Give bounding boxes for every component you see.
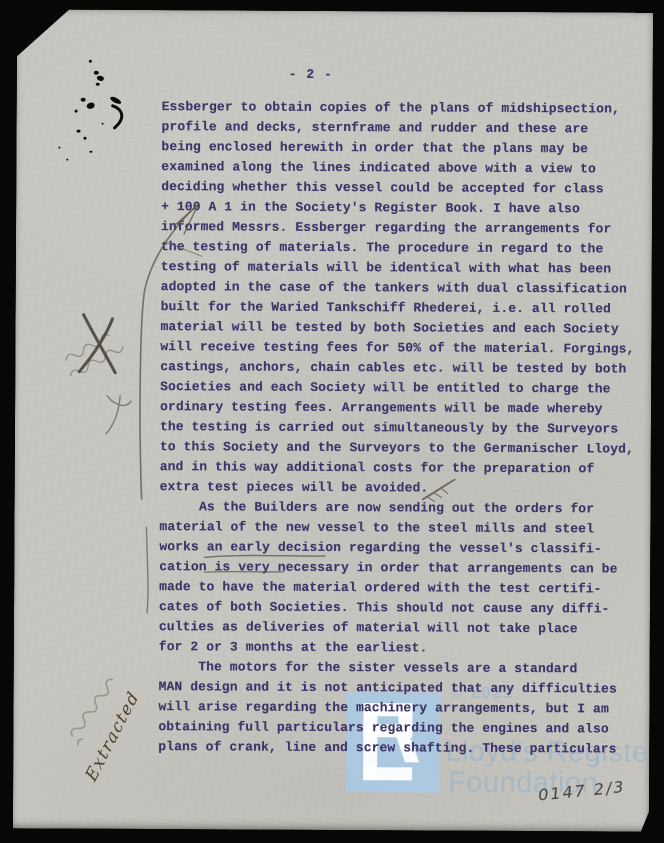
typed-line: material of the new vessel to the steel … [159,517,645,540]
page-number: - 2 - [289,67,333,82]
typed-line: testing of materials will be identical w… [161,257,647,280]
typed-line: Essberger to obtain copies of the plans … [162,97,648,120]
typed-line: deciding whether this vessel could be ac… [161,177,647,200]
typed-line: material will be tested by both Societie… [160,317,646,340]
margin-ink-note: Extracted [82,646,165,785]
ink-speck-cluster [17,9,653,12]
typed-line: adopted in the case of the tankers with … [161,277,647,300]
typed-line: extra test pieces will be avoided. [160,477,646,500]
typed-line: MAN design and it is not anticipated tha… [159,677,645,700]
typed-line: the testing is carried out simultaneousl… [160,417,646,440]
typed-line: will arise regarding the machinery arran… [158,697,644,720]
typed-line: The motors for the sister vessels are a … [159,657,645,680]
typed-line: ordinary testing fees. Arrangements will… [160,397,646,420]
typed-line: to this Society and the Surveyors to the… [160,437,646,460]
typed-line: culties as deliveries of material will n… [159,617,645,640]
crossed-out-note [61,315,132,434]
typed-line: examined along the lines indicated above… [161,157,647,180]
typed-line: plans of crank, line and screw shafting.… [158,737,644,760]
typed-line: and in this way additional costs for the… [160,457,646,480]
typed-line: will receive testing fees for 50% of the… [160,337,646,360]
typed-line: castings, anchors, chain cables etc. wil… [160,357,646,380]
letter-body: Essberger to obtain copies of the plans … [158,97,647,760]
document-paper: © 2021 Lloyd's Register Foundation - 2 -… [13,9,653,831]
typed-line: + 100 A 1 in the Society's Register Book… [161,197,647,220]
typed-line: the testing of materials. The procedure … [161,237,647,260]
typed-line: obtaining full particulars regarding the… [158,717,644,740]
scanned-letter-page: { "document": { "page_number": "- 2 -", … [0,0,664,843]
typed-line: profile and decks, sternframe and rudder… [161,117,647,140]
typed-line: Societies and each Society will be entit… [160,377,646,400]
typed-line: cates of both Societies. This should not… [159,597,645,620]
typed-line: cation is very necessary in order that a… [159,557,645,580]
typed-line: being enclosed herewith in order that th… [161,137,647,160]
typed-line: for 2 or 3 months at the earliest. [159,637,645,660]
typed-line: informed Messrs. Essberger regarding the… [161,217,647,240]
cross-out-x-icon [79,315,115,373]
typed-line: works an early decision regarding the ve… [159,537,645,560]
typed-line: made to have the material ordered with t… [159,577,645,600]
typed-line: As the Builders are now sending out the … [159,497,645,520]
typed-line: built for the Waried Tankschiff Rhederei… [161,297,647,320]
ink-blot-curl [109,104,133,130]
